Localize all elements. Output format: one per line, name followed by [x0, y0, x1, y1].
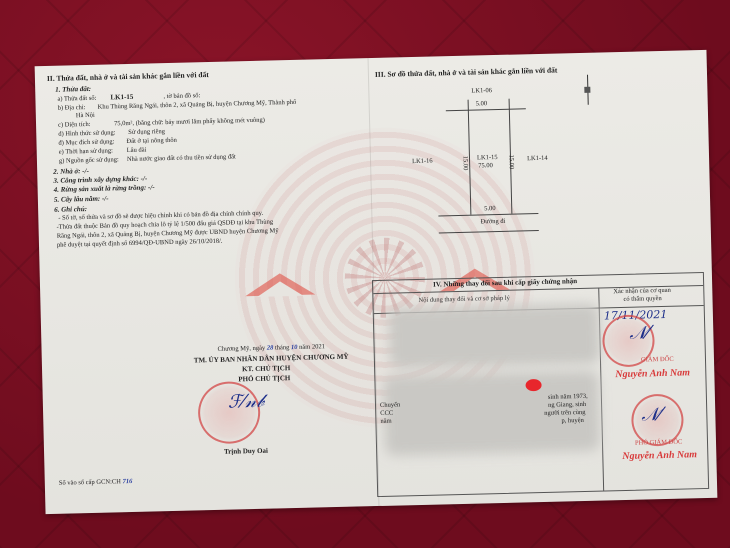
section-ii-title: II. Thửa đất, nhà ở và tài sản khác gắn … [47, 71, 209, 82]
change-fragment-3: năm [380, 419, 391, 426]
signature-top: 𝒩⁄ [629, 322, 650, 343]
map-sheet-label: , tờ bản đồ số: [163, 93, 200, 100]
signer-role-1: KT. CHỦ TỊCH [242, 365, 290, 373]
purpose-label: đ) Mục đích sử dụng: [58, 139, 114, 147]
section-iii-title: III. Sơ đồ thửa đất, nhà ở và tài sản kh… [375, 67, 558, 79]
change-fragment-2: CCC [380, 411, 393, 418]
diagram-bottom-width: 5.00 [484, 206, 496, 213]
changes-table: IV. Những thay đổi sau khi cấp giấy chứn… [372, 272, 709, 497]
land-certificate-page: II. Thửa đất, nhà ở và tài sản khác gắn … [35, 50, 718, 514]
usage-form-value: Sử dụng riêng [128, 129, 165, 136]
term-value: Lâu dài [127, 148, 147, 155]
origin-label: g) Nguồn gốc sử dụng: [59, 157, 119, 165]
signer-role-2: PHÓ CHỦ TỊCH [238, 375, 290, 383]
redacted-region-1 [389, 304, 600, 369]
diagram-top-width: 5.00 [476, 101, 488, 108]
stamp-signer-top: Nguyễn Anh Nam [615, 367, 690, 380]
area-label: c) Diện tích: [58, 122, 91, 129]
signature-bottom: 𝒩⁄ [641, 404, 662, 425]
change-fragment-7: p, huyện [561, 418, 584, 425]
parcel-number-value: LK1-15 [110, 94, 133, 102]
changes-column-confirm-2: có thẩm quyền [623, 296, 661, 303]
change-fragment-1: Chuyển [380, 402, 400, 409]
perennial-tree-item: 5. Cây lâu năm: -/- [54, 196, 109, 204]
address-value-line2: Hà Nội [76, 113, 95, 120]
stamp-title-bottom: PHÓ GIÁM ĐỐC [635, 440, 682, 448]
address-value: Khu Thùng Răng Ngái, thôn 2, xã Quảng Bị… [98, 100, 297, 111]
watermark-logo-left [245, 264, 316, 300]
forest-item: 4. Rừng sản xuất là rừng trồng: -/- [54, 184, 155, 193]
diagram-center-area: 75.00 [478, 163, 493, 170]
diagram-north-parcel: LK1-06 [471, 88, 492, 95]
section-iv-title: IV. Những thay đổi sau khi cấp giấy chứn… [433, 278, 577, 289]
diagram-road-label: Đường đi [481, 219, 506, 226]
signer-name: Trịnh Duy Oai [224, 448, 268, 456]
changes-column-content: Nội dung thay đổi và cơ sở pháp lý [418, 296, 510, 305]
house-item: 2. Nhà ở: -/- [53, 168, 89, 176]
usage-form-label: d) Hình thức sử dụng: [58, 130, 115, 138]
notes-heading: 6. Ghi chú: [54, 206, 87, 214]
diagram-east-parcel: LK1-14 [527, 156, 548, 163]
diagram-left-depth: 15.00 [461, 156, 468, 171]
purpose-value: Đất ở tại nông thôn [126, 138, 177, 146]
stamp-signer-bottom: Nguyễn Anh Nam [622, 449, 697, 462]
parcel-number-label: a) Thửa đất số: [57, 96, 96, 103]
note-line-4: phê duyệt tại quyết định số 6994/QĐ-UBND… [57, 239, 223, 250]
north-arrow-marker [584, 87, 590, 93]
diagram-top-line [446, 108, 526, 111]
diagram-west-parcel: LK1-16 [412, 159, 433, 166]
diagram-center-parcel: LK1-15 [477, 155, 498, 162]
stamp-title-top: GIÁM ĐỐC [641, 357, 674, 364]
signature-left: ℱ⁄𝓃𝒷 [228, 391, 264, 413]
area-value: 75,0m², (bằng chữ: bảy mươi lăm phẩy khô… [114, 118, 265, 128]
diagram-right-depth: 15.00 [507, 155, 514, 170]
origin-value: Nhà nước giao đất có thu tiền sử dụng đấ… [127, 154, 236, 163]
registry-label: Số vào sổ cấp GCN:CH 716 [59, 479, 133, 487]
term-label: e) Thời hạn sử dụng: [59, 148, 113, 156]
land-heading: 1. Thửa đất: [55, 86, 91, 94]
